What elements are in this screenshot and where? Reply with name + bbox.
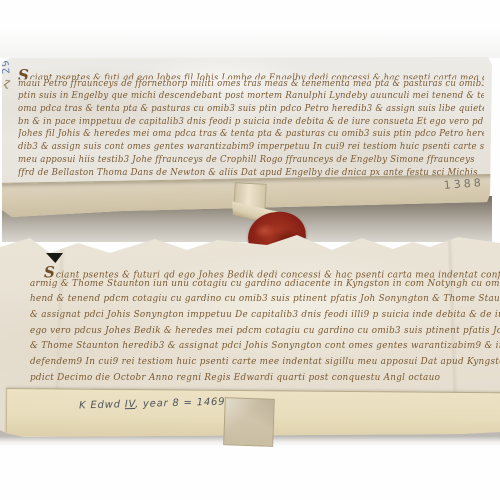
date-label: 1388: [443, 176, 484, 192]
regnal-numeral: IV: [125, 399, 136, 410]
manuscript-line: Sciant psentes & futuri qd ego Johes Bed…: [30, 263, 500, 279]
manuscript-line: & Thome Staunton heredib3 & assignat pdc…: [30, 341, 500, 357]
manuscript-line: oma pdca tras & tenta pta & pasturas cu …: [18, 104, 484, 117]
manuscript-line: meu apposui hiis testib3 Johe ffraunceys…: [18, 154, 484, 167]
margin-flourish: ɀ: [3, 76, 11, 90]
background-haze: [0, 28, 500, 58]
manuscript-text-block: Sciant psentes & futi qd ego Johes fil J…: [18, 66, 484, 180]
archival-number: 29: [0, 59, 12, 75]
manuscript-line: ptin suis in Engelby que michi descendeb…: [18, 91, 484, 104]
decorated-initial: S: [44, 263, 56, 279]
manuscript-text-block: Sciant psentes & futuri qd ego Johes Bed…: [30, 263, 500, 389]
annotation-prefix: K Edwd: [79, 399, 125, 411]
manuscript-line: armig & Thome Staunton iun unu cotagiu c…: [30, 278, 500, 294]
bottom-seal-tag: [223, 397, 275, 447]
manuscript-line: hend & tenend pdcm cotagiu cu gardino cu…: [30, 294, 500, 310]
manuscript-line: Johes fil Johis & heredes mei oma pdca t…: [18, 129, 484, 142]
manuscript-line: pdict Decimo die Octobr Anno regni Regis…: [30, 372, 500, 388]
manuscript-line: defendem9 In cui9 rei testiom huic psent…: [30, 357, 500, 373]
manuscript-line: dib3 & assign suis cont omes gentes wara…: [18, 142, 484, 155]
manuscript-line: Sciant psentes & futi qd ego Johes fil J…: [18, 66, 484, 79]
photo-of-charters: 29 ɀ Sciant psentes & futi qd ego Johes …: [0, 0, 500, 500]
annotation-suffix: , year 8 = 1469: [135, 397, 226, 410]
decorated-initial: S: [18, 66, 30, 79]
archivist-annotation: K Edwd IV, year 8 = 1469ȝ.: [79, 396, 239, 413]
manuscript-line: ego vero pdcus Johes Bedik & heredes mei…: [30, 325, 500, 341]
manuscript-line: & assignat pdci Johis Sonyngton imppetuu…: [30, 310, 500, 326]
